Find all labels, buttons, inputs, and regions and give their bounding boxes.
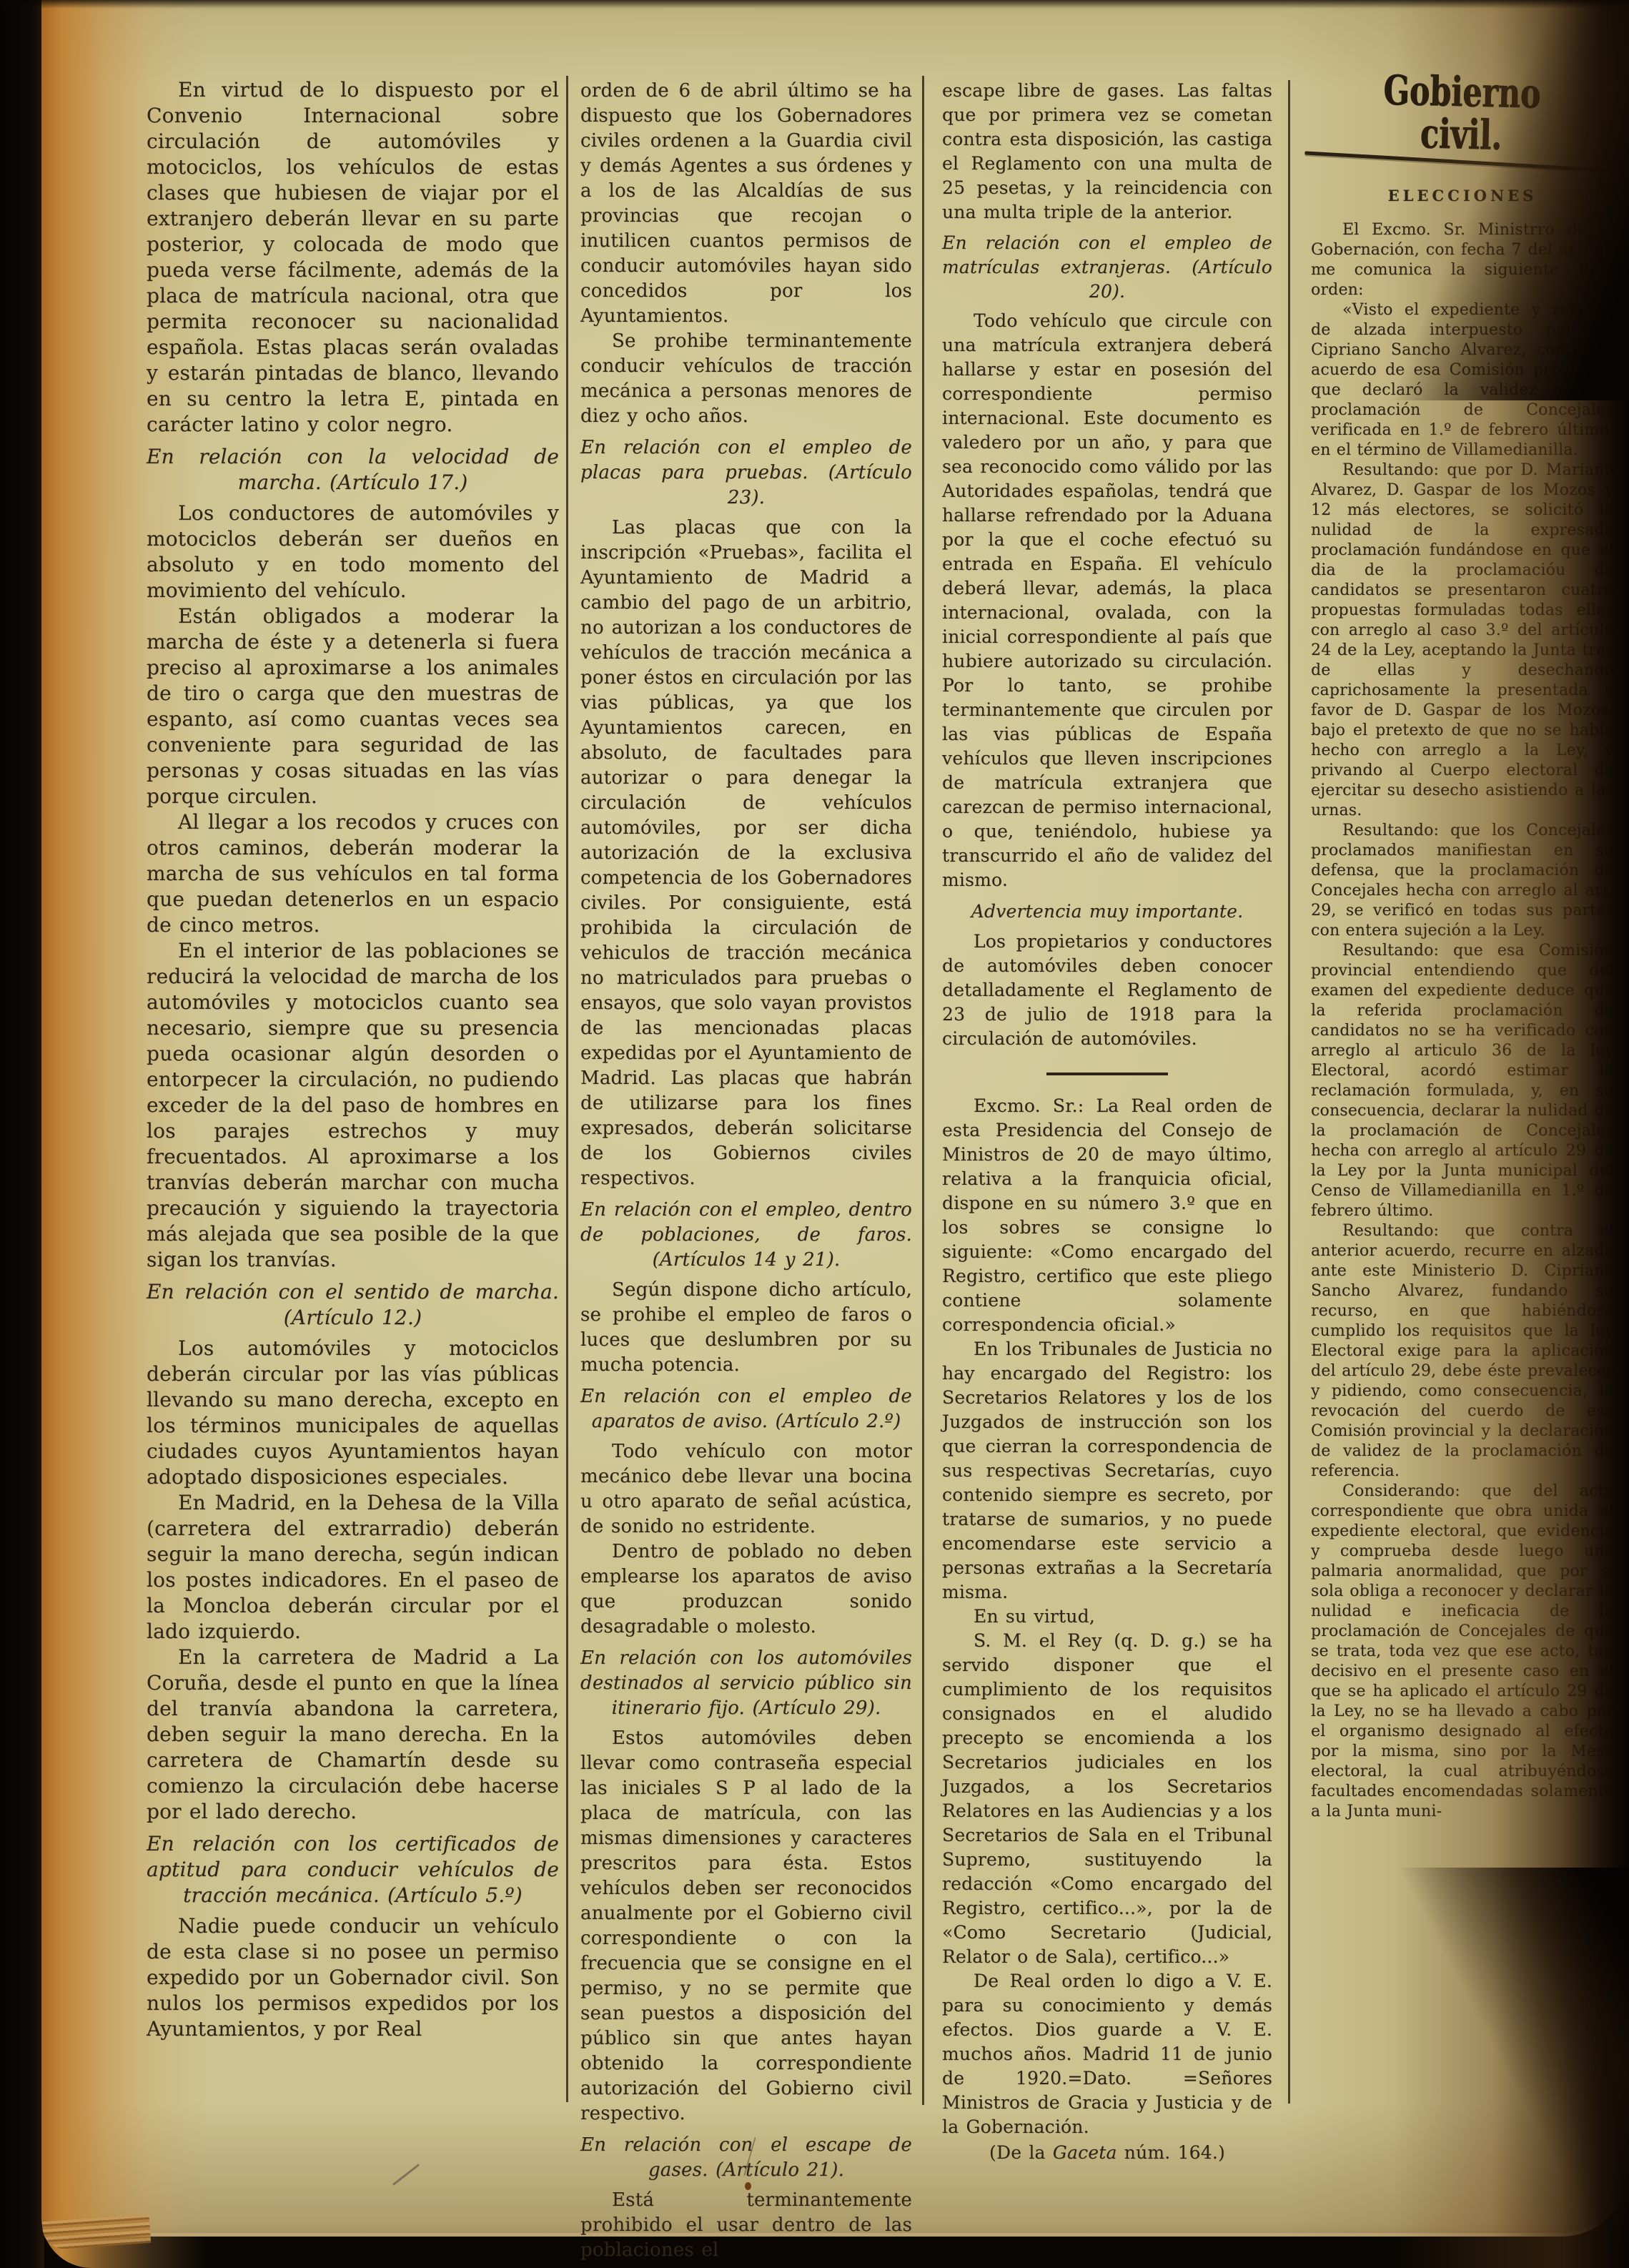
book-binding-edge [0,0,44,2268]
paragraph: Todo vehículo con motor mecánico debe ll… [580,1439,912,1539]
section-heading: En relación con la velocidad de marcha. … [147,438,559,501]
section-masthead: Gobierno civil. [1309,68,1614,167]
paragraph: Se prohibe terminantemente conducir vehí… [580,329,912,429]
paragraph: Considerando: que del acta correspondien… [1311,1481,1614,1822]
paragraph: Dentro de poblado no deben emplearse los… [580,1539,912,1640]
column-divider-3 [1288,80,1290,2104]
column-4-body: El Excmo. Sr. Ministrro de la Gobernació… [1311,220,1614,1822]
paragraph: Nadie puede conducir un vehículo de esta… [147,1913,559,2042]
paragraph-continuation: orden de 6 de abril último se ha dispues… [580,79,912,329]
paragraph: En Madrid, en la Dehesa de la Villa (car… [147,1490,559,1645]
column-1: En virtud de lo dispuesto por el Conveni… [147,77,559,2042]
section-divider [1046,1073,1168,1075]
section-title: Gobierno civil. [1336,69,1586,159]
paragraph: Resultando: que por D. Mariano Alvarez, … [1311,460,1614,821]
column-3: escape libre de gases. Las faltas que po… [942,79,1272,2165]
paragraph: Resultando: que esa Comisión provincial … [1311,941,1614,1221]
paragraph: Los automóviles y motociclos deberán cir… [147,1336,559,1490]
paragraph: En su virtud, [942,1604,1272,1629]
paragraph: De Real orden lo digo a V. E. para su co… [942,1969,1272,2139]
paragraph: Según dispone dicho artículo, se prohibe… [580,1278,912,1378]
paragraph: Al llegar a los recodos y cruces con otr… [147,809,559,938]
column-divider-1 [566,76,568,2102]
paragraph: Resultando: que los Concejales proclamad… [1311,821,1614,941]
paragraph: Excmo. Sr.: La Real orden de esta Presid… [942,1094,1272,1337]
paragraph: Los conductores de automóviles y motocic… [147,501,559,603]
paragraph: Está terminantemente prohibido el usar d… [580,2188,912,2263]
section-heading: En relación con los certificados de apti… [147,1825,559,1913]
section-heading: En relación con el escape de gases. (Art… [580,2126,912,2188]
paragraph: Las placas que con la inscripción «Prueb… [580,516,912,1191]
paragraph: El Excmo. Sr. Ministrro de la Gobernació… [1311,220,1614,300]
paragraph: En los Tribunales de Justicia no hay enc… [942,1337,1272,1604]
section-heading: En relación con el empleo de placas para… [580,429,912,516]
paragraph: En el interior de las poblaciones se red… [147,938,559,1273]
section-subtitle: ELECCIONES [1311,164,1614,220]
attribution-line: (De la Gaceta núm. 164.) [942,2139,1272,2165]
paragraph: Todo vehículo que circule con una matríc… [942,309,1272,892]
section-heading: En relación con el empleo de aparatos de… [580,1378,912,1439]
section-heading: En relación con los automóviles destinad… [580,1640,912,1726]
notice-heading: Advertencia muy importante. [942,892,1272,930]
ink-spot [745,2182,751,2190]
paragraph: Están obligados a moderar la marcha de é… [147,603,559,809]
paragraph: Resultando: que contra el anterior acuer… [1311,1221,1614,1481]
paragraph-continuation: escape libre de gases. Las faltas que po… [942,79,1272,225]
paragraph: Estos automóviles deben llevar como cont… [580,1726,912,2126]
section-heading: En relación con el empleo, dentro de pob… [580,1191,912,1278]
paragraph: S. M. el Rey (q. D. g.) se ha servido di… [942,1629,1272,1969]
column-divider-2 [922,76,924,2105]
section-heading: En relación con el sentido de marcha. (A… [147,1273,559,1336]
paragraph: Los propietarios y conductores de automó… [942,930,1272,1051]
paragraph: En virtud de lo dispuesto por el Conveni… [147,77,559,438]
paragraph: «Visto el expediente y recurso de alzada… [1311,300,1614,460]
column-2: orden de 6 de abril último se ha dispues… [580,79,912,2263]
paragraph: En la carretera de Madrid a La Coruña, d… [147,1645,559,1825]
section-heading: En relación con el empleo de matrículas … [942,225,1272,309]
column-4: Gobierno civil. ELECCIONES El Excmo. Sr.… [1311,68,1614,1822]
scanned-bulletin-page: En virtud de lo dispuesto por el Conveni… [0,0,1629,2268]
